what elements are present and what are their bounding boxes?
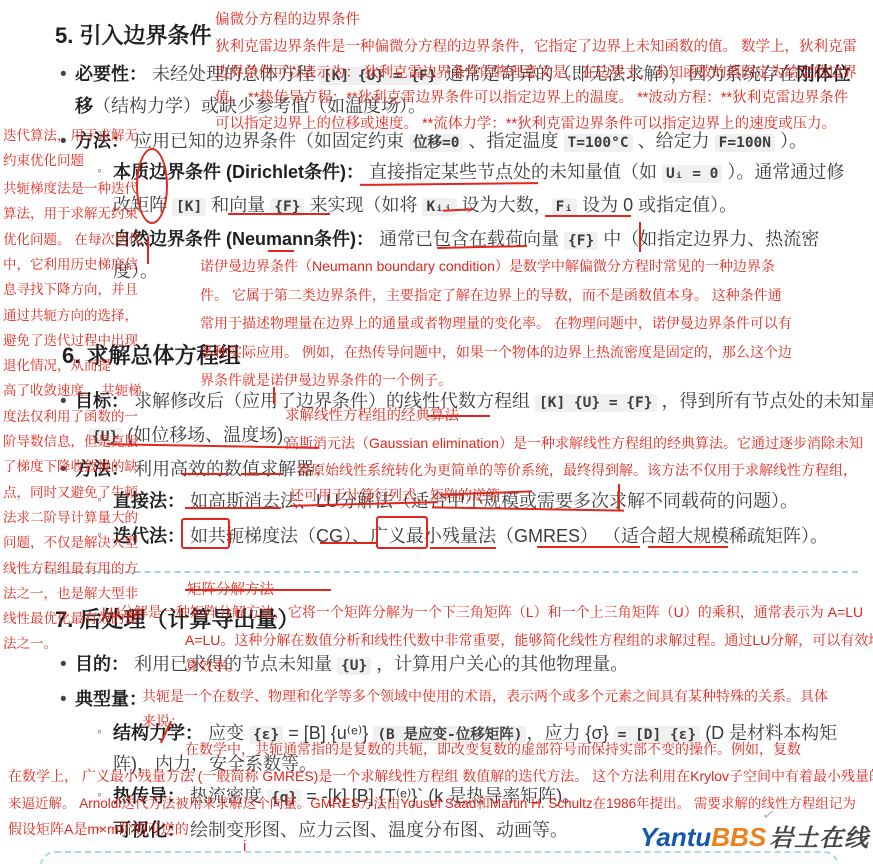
logo-check-icon: ✓ [760,804,777,826]
list-bullet: ◦ [97,162,102,178]
logo-yantu: Yantu [640,822,711,852]
inline-code: Kᵢᵢ [422,198,456,216]
yantubbs-logo: YantuBBS✓岩土在线 [640,818,869,853]
bold-text-run: 目的： [75,654,129,674]
red-annotation-line: LU分解是一种矩阵分解方法，它将一个矩阵分解为一个下三角矩阵（L）和一个上三角矩… [102,602,863,622]
inline-code: [K] [172,198,206,216]
red-annotation-line: 狄利克雷边界条件是一种偏微分方程的边界条件，它指定了边界上未知函数的值。 数学上… [215,35,857,56]
logo-bbs: BBS [711,822,766,852]
red-annotation-line: 算效率。 [185,656,241,676]
red-annotation-line: 假设矩阵A是m×m阶的可逆的 [8,819,189,839]
red-annotation-line: 点，同时又避免了牛顿 [3,481,138,501]
red-underline-stroke [182,473,228,475]
text-run: 、给定力 [633,131,715,151]
red-underline-stroke [430,547,496,549]
inline-code: {F} [564,232,598,250]
red-annotation-line: 来说： [142,711,184,731]
red-annotation-line: 常用于描述物理量在边界上的通量或者物理量的变化率。 在物理问题中，诺伊曼边界条件… [200,313,792,333]
text-line: 方法： 应用已知的边界条件（如固定约束 位移=0 、指定温度 T=100°C 、… [75,129,807,155]
red-annotation-line: 法求二阶导计算量大的 [3,506,138,526]
red-annotation-line: 算法，用于求解无约束 [3,202,138,222]
red-box-stroke [181,518,230,549]
red-annotation-line: 共轭梯度法是一种迭代 [3,177,138,197]
text-run: 设为 0 或指定值）。 [577,195,737,215]
red-underline-stroke [268,250,294,252]
text-run: 、指定温度 [463,131,563,151]
text-line: 典型量： [75,687,147,711]
section-divider [25,571,858,573]
red-annotation-line: 在数学中，共轭通常指的是复数的共轭，即改变复数的虚部符号而保持实部不变的操作。例… [185,739,801,759]
list-bullet: • [60,689,67,711]
text-line: 改矩阵 [K] 和向量 {F} 来实现（如将 Kᵢᵢ 设为大数，Fᵢ 设为 0 … [113,193,737,219]
red-annotation-line: A=LU。这种分解在数值分析和线性代数中非常重要，能够简化线性方程组的求解过程。… [185,630,873,650]
text-run: (如位移场、温度场)。 [122,425,301,445]
inline-code: 位移=0 [409,134,463,152]
bold-text-run: 必要性： [75,64,147,84]
red-underline-stroke [545,215,631,217]
text-line: 目的： 利用已求得的节点未知量 {U} ，计算用户关心的其他物理量。 [75,652,628,678]
red-annotation-line: 还可用于计算行列式、矩阵的逆等 [290,485,500,505]
red-underline-stroke [241,473,283,475]
inline-code: T=100°C [564,134,633,152]
red-annotation-line: 约束优化问题 [3,149,84,169]
red-vertical-stroke [618,484,620,510]
bold-text-run: 移 [75,96,93,116]
red-annotation-line: 在数学上， 广义最小残量方法 (一般简称 GMRES)是一个求解线性方程组 数值… [8,766,873,786]
red-annotation-line: 界条件就是诺伊曼边界条件的一个例子。 [200,370,452,390]
red-annotation-line: 边界条件可以表示为： 狄利克雷边界条件的物理意义是，在边界上，未知函数的值固定为… [215,61,857,82]
inline-code: [K] {U} = {F} [535,394,657,412]
red-annotation-line: 退化情况，从而提 [3,354,111,374]
inline-code: Uᵢ = 0 [662,165,722,183]
list-bullet: • [60,64,67,86]
red-annotation-line: 共轭是一个在数学、物理和化学等多个领域中使用的术语，表示两个或多个元素之间具有某… [142,686,828,706]
red-underline-stroke [320,542,378,544]
red-annotation-line: 度法仅利用了函数的一 [3,405,138,425]
text-run: 直接指定某些节点处的未知量值（如 [364,162,662,182]
red-annotation-line: 通过共轭方向的选择， [3,304,138,324]
text-run: 来实现（如将 [304,195,422,215]
text-run: 和向量 [206,195,270,215]
logo-cjk: 岩土在线 [769,825,869,852]
red-annotation-line: 偏微分方程的边界条件 [215,8,360,29]
red-annotation-line: 高斯消元法（Gaussian elimination）是一种求解线性方程组的经典… [285,433,863,453]
red-annotation-line: 息寻找下降方向，并且 [3,278,138,298]
text-run: 中（如指定边界力、热流密 [598,229,819,249]
text-run: 绘制变形图、应力云图、温度分布图、动画等。 [185,820,568,840]
text-run: ）。 [775,131,807,151]
red-annotation-line: 阶导数信息，但是克服 [3,430,138,450]
list-bullet: ◦ [97,723,102,739]
section-heading: 5. 引入边界条件 [55,24,211,48]
red-annotation-line: 诺伊曼边界条件（Neumann boundary condition）是数学中解… [200,256,775,276]
bold-text-run: 5. 引入边界条件 [55,23,211,48]
red-underline-stroke [228,213,330,215]
text-run: ，计算用户关心的其他物理量。 [371,654,628,674]
red-annotation-line: 迭代算法，用于求解无 [3,124,138,144]
text-run: ）。通常通过修 [722,162,844,182]
red-annotation-line: 值。 **热传导方程：**狄利克雷边界条件可以指定边界上的温度。 **波动方程：… [215,86,848,107]
red-underline-stroke [537,546,640,548]
red-annotation-line: 中，它利用历史梯度信 [3,253,138,273]
red-annotation-line: 将原始线性系统转化为更简单的等价系统，最终得到解。该方法不仅用于求解线性方程组， [297,460,857,480]
red-annotation-line: 法之一。 [3,632,57,652]
list-bullet: • [60,654,67,676]
document-page: 5. 引入边界条件必要性： 未经处理的总体方程 [K] {U} = {F} 通常… [0,0,873,864]
text-run: 应用已知的边界条件（如固定约束 [129,131,409,151]
red-annotation-line: 可以指定边界上的位移或速度。 **流体力学：**狄利克雷边界条件可以指定边界上的… [215,112,836,133]
bold-text-run: 典型量： [75,689,147,709]
text-run: 如共轭梯度法（CG）、广义最小残量法（GMRES） （适合超大规模稀疏矩阵）。 [185,526,828,546]
red-annotation-line: 求解线性方程组的经典算法 [285,404,459,425]
inline-code: F=100N [715,134,775,152]
red-annotation-line: 问题，不仅是解决大型 [3,531,138,551]
inline-code: Fᵢ [552,198,577,216]
red-underline-stroke [648,546,728,548]
red-underline-stroke [185,507,281,509]
red-annotation-line: i [243,838,246,855]
red-circle-stroke [136,148,168,224]
red-annotation-line: 矩阵分解方法 [187,578,274,599]
red-annotation-line: 了梯度下降收敛慢的缺 [3,455,138,475]
red-annotation-line: 避免了迭代过程中出现 [3,329,138,349]
red-annotation-line: 高了收敛速度。 共轭梯 [3,379,142,399]
text-run: ，得到所有节点处的未知量 [657,391,873,411]
red-annotation-line: 多种实际应用。 例如，在热传导问题中，如果一个物体的边界上热流密度是固定的，那么… [200,342,792,362]
text-line: 目标： 求解修改后（应用了边界条件）的线性代数方程组 [K] {U} = {F}… [75,389,873,415]
red-box-stroke [376,516,428,549]
bold-text-run: 自然边界条件 (Neumann条件)： [113,229,374,249]
inline-code: {U} [337,657,371,675]
red-vertical-stroke [147,236,149,264]
red-annotation-line: 线性方程组最有用的方 [3,557,138,577]
red-vertical-stroke [639,222,641,252]
text-run: 设为大数， [457,195,552,215]
red-annotation-line: 优化问题。 在每次迭代 [3,228,142,248]
red-annotation-line: 件。 它属于第二类边界条件，主要指定了解在边界上的导数，而不是函数值本身。 这种… [200,285,782,305]
red-annotation-line: 来逼近解。 Arnoldi迭代方法被用来求解这个向量。GMRES方法由Youse… [8,792,856,812]
red-annotation-line: 法之一，也是解大型非 [3,582,138,602]
text-line: 自然边界条件 (Neumann条件)： 通常已包含在载荷向量 {F} 中（如指定… [113,227,819,253]
